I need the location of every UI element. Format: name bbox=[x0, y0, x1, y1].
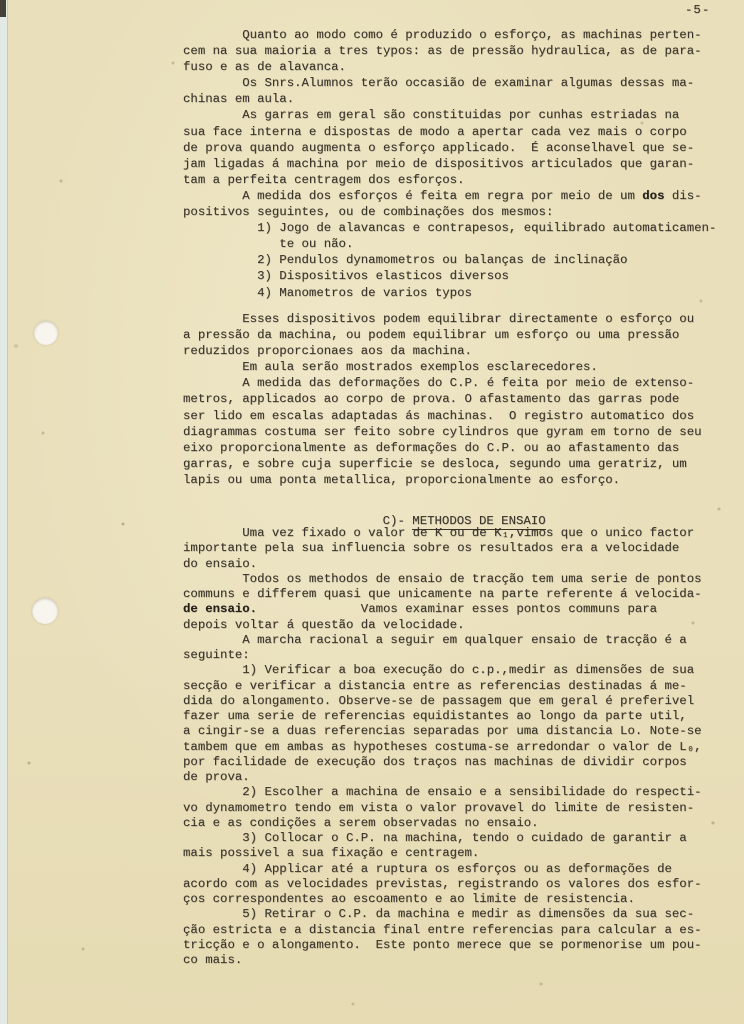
text-line: mais possivel a sua fixação e centragem. bbox=[183, 846, 702, 861]
text-line: A medida dos esforços é feita em regra p… bbox=[183, 188, 716, 204]
text-line: 3) Dispositivos elasticos diversos bbox=[183, 268, 716, 284]
text-line: 1) Verificar a boa execução do c.p.,medi… bbox=[183, 663, 702, 678]
page-number: -5- bbox=[685, 3, 710, 17]
text-line: a cingir-se a duas referencias separadas… bbox=[183, 724, 702, 739]
text-line: ser lido em escalas adaptadas ás machina… bbox=[183, 408, 702, 424]
text-line: reduzidos proporcionaes aos da machina. bbox=[183, 343, 702, 359]
text-line: tricção e o alongamento. Este ponto mere… bbox=[183, 938, 702, 953]
text-line: de ensaio. Vamos examinar esses pontos c… bbox=[183, 602, 702, 617]
paragraph-block-test-methods: Uma vez fixado o valor de K ou de K₁,vim… bbox=[183, 526, 702, 968]
text-line: communs e differem quasi que unicamente … bbox=[183, 587, 702, 602]
scan-corner-mark bbox=[0, 0, 6, 17]
text-line: do ensaio. bbox=[183, 557, 702, 572]
text-line: Quanto ao modo como é produzido o esforç… bbox=[183, 27, 716, 43]
text-line: Uma vez fixado o valor de K ou de K₁,vim… bbox=[183, 526, 702, 541]
text-line: dida do alongamento. Observe-se de passa… bbox=[183, 694, 702, 709]
text-line: depois voltar á questão da velocidade. bbox=[183, 618, 702, 633]
text-segment: Vamos examinar esses pontos communs para bbox=[257, 602, 657, 616]
text-line: acordo com as velocidades previstas, reg… bbox=[183, 877, 702, 892]
paragraph-block-machines: Quanto ao modo como é produzido o esforç… bbox=[183, 27, 716, 301]
text-line: 5) Retirar o C.P. da machina e medir as … bbox=[183, 907, 702, 922]
text-line: por facilidade de execução dos traços na… bbox=[183, 755, 702, 770]
text-segment: A medida dos esforços é feita em regra p… bbox=[183, 189, 642, 203]
text-line: 2) Pendulos dynamometros ou balanças de … bbox=[183, 252, 716, 268]
text-line: de prova. bbox=[183, 770, 702, 785]
scanner-edge-strip bbox=[0, 0, 8, 1024]
text-line: 1) Jogo de alavancas e contrapesos, equi… bbox=[183, 220, 716, 236]
punch-hole-bottom bbox=[32, 598, 58, 624]
text-line: Todos os methodos de ensaio de tracção t… bbox=[183, 572, 702, 587]
text-line: diagrammas costuma ser feito sobre cylin… bbox=[183, 424, 702, 440]
text-line: A medida das deformações do C.P. é feita… bbox=[183, 375, 702, 391]
paper-specks bbox=[0, 0, 2, 2]
scanned-document-page: -5- Quanto ao modo como é produzido o es… bbox=[0, 0, 744, 1024]
text-line: lapis ou uma ponta metallica, proporcion… bbox=[183, 472, 702, 488]
text-line: tam a perfeita centragem dos esforços. bbox=[183, 172, 716, 188]
bold-text-segment: de ensaio. bbox=[183, 602, 257, 616]
text-line: Os Snrs.Alumnos terão occasião de examin… bbox=[183, 75, 716, 91]
text-line: secção e verificar a distancia entre as … bbox=[183, 679, 702, 694]
text-line: jam ligadas á machina por meio de dispos… bbox=[183, 156, 716, 172]
text-line: co mais. bbox=[183, 953, 702, 968]
text-line: chinas em aula. bbox=[183, 91, 716, 107]
punch-hole-top bbox=[34, 321, 58, 345]
bold-text-segment: dos bbox=[642, 189, 664, 203]
text-line: 4) Applicar até a ruptura os esforços ou… bbox=[183, 862, 702, 877]
text-line: fazer uma serie de referencias equidista… bbox=[183, 709, 702, 724]
text-line: positivos seguintes, ou de combinações d… bbox=[183, 204, 716, 220]
text-line: sua face interna e dispostas de modo a a… bbox=[183, 124, 716, 140]
text-line: Em aula serão mostrados exemplos esclare… bbox=[183, 359, 702, 375]
text-line: eixo proporcionalmente as deformações do… bbox=[183, 440, 702, 456]
text-line: tambem que em ambas as hypotheses costum… bbox=[183, 740, 702, 755]
text-line: vo dynamometro tendo em vista o valor pr… bbox=[183, 801, 702, 816]
text-line: ços correspondentes ao escoamento e ao l… bbox=[183, 892, 702, 907]
text-line: importante pela sua influencia sobre os … bbox=[183, 541, 702, 556]
text-line: 2) Escolher a machina de ensaio e a sens… bbox=[183, 785, 702, 800]
text-line: ção estricta e a distancia final entre r… bbox=[183, 923, 702, 938]
text-line: cem na sua maioria a tres typos: as de p… bbox=[183, 43, 716, 59]
text-line: de prova quando augmenta o esforço appli… bbox=[183, 140, 716, 156]
text-line: seguinte: bbox=[183, 648, 702, 663]
text-line: cia e as condições a serem observadas no… bbox=[183, 816, 702, 831]
paragraph-block-devices: Esses dispositivos podem equilibrar dire… bbox=[183, 311, 702, 488]
text-line: a pressão da machina, ou podem equilibra… bbox=[183, 327, 702, 343]
text-line: 3) Collocar o C.P. na machina, tendo o c… bbox=[183, 831, 702, 846]
text-line: Esses dispositivos podem equilibrar dire… bbox=[183, 311, 702, 327]
text-line: metros, applicados ao corpo de prova. O … bbox=[183, 391, 702, 407]
text-line: 4) Manometros de varios typos bbox=[183, 285, 716, 301]
text-line: A marcha racional a seguir em qualquer e… bbox=[183, 633, 702, 648]
text-line: As garras em geral são constituidas por … bbox=[183, 107, 716, 123]
text-segment: dis- bbox=[665, 189, 702, 203]
text-line: fuso e as de alavanca. bbox=[183, 59, 716, 75]
text-line: garras, e sobre cuja superficie se deslo… bbox=[183, 456, 702, 472]
text-line: te ou não. bbox=[183, 236, 716, 252]
